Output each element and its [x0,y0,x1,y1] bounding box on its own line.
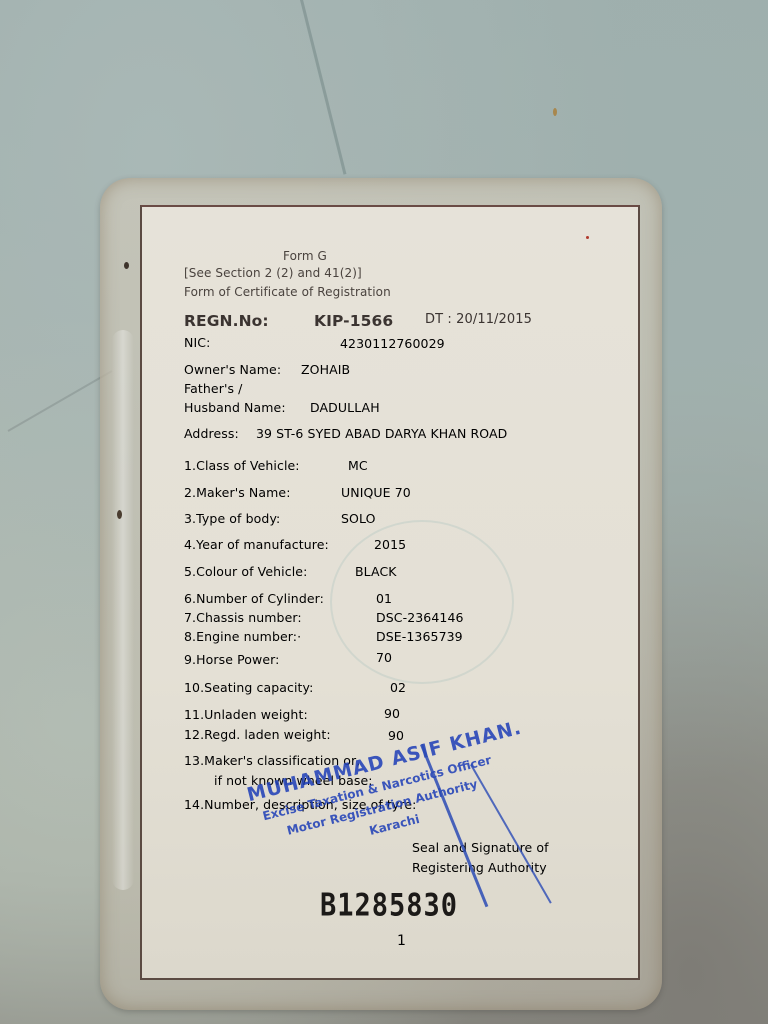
field-value: UNIQUE 70 [341,485,411,500]
regn-label: REGN.No: [184,312,269,330]
field-label: 1.Class of Vehicle: [184,458,300,473]
sleeve-mark [117,510,122,519]
husband-label: Husband Name: [184,400,286,415]
watermark-emblem [330,520,514,684]
field-value: MC [348,458,368,473]
field-label: 7.Chassis number: [184,610,302,625]
field-value: BLACK [355,564,397,579]
field-label: 3.Type of body: [184,511,280,526]
cloth-fold [300,0,346,175]
cloth-stain [553,108,557,116]
field-value: 2015 [374,537,406,552]
field-value: DSE-1365739 [376,629,463,644]
nic-label: NIC: [184,335,210,350]
card-mark [586,236,589,239]
form-title: Form of Certificate of Registration [184,285,391,299]
section-reference: [See Section 2 (2) and 41(2)] [184,266,362,280]
field-label: 11.Unladen weight: [184,707,308,722]
field-label: 5.Colour of Vehicle: [184,564,307,579]
field-value: 70 [376,650,392,665]
owner-label: Owner's Name: [184,362,281,377]
nic-value: 4230112760029 [340,336,445,351]
field-value: 01 [376,591,392,606]
father-value: DADULLAH [310,400,380,415]
form-name: Form G [283,249,327,263]
address-label: Address: [184,426,239,441]
field-label: 2.Maker's Name: [184,485,291,500]
field-value: 02 [390,680,406,695]
serial-number: B1285830 [320,888,458,924]
sleeve-glare [112,330,134,890]
address-value: 39 ST-6 SYED ABAD DARYA KHAN ROAD [256,426,507,441]
registration-date: DT : 20/11/2015 [425,312,532,327]
field-value: DSC-2364146 [376,610,464,625]
field-label: 6.Number of Cylinder: [184,591,324,606]
field-label: 4.Year of manufacture: [184,537,329,552]
field-label: 9.Horse Power: [184,652,279,667]
field-label: 10.Seating capacity: [184,680,313,695]
sleeve-mark [124,262,129,269]
page-number: 1 [397,933,406,949]
father-label: Father's / [184,381,243,396]
field-value: SOLO [341,511,376,526]
owner-value: ZOHAIB [301,362,350,377]
cloth-fold [8,370,113,432]
field-label: 8.Engine number:· [184,629,301,644]
regn-number: KIP-1566 [314,312,393,330]
